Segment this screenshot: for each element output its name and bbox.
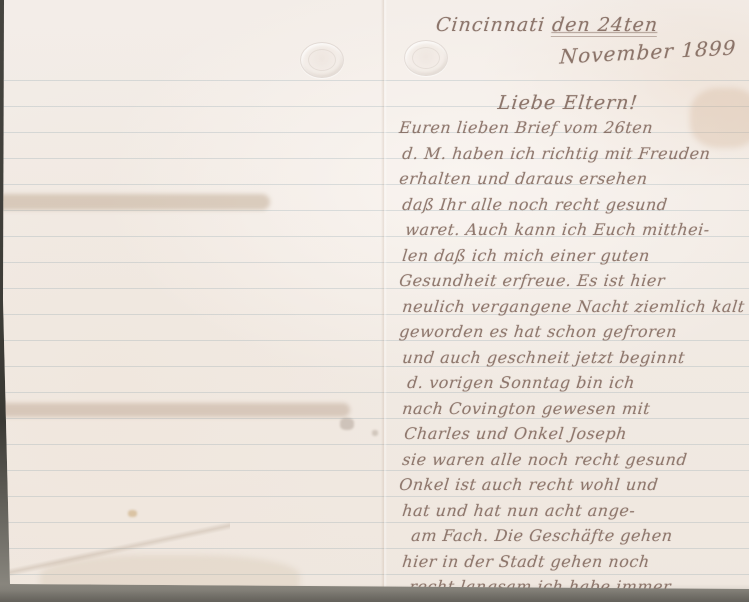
letter-dateline: Cincinnati den 24ten: [435, 14, 659, 36]
embossed-seal-icon: [300, 42, 344, 78]
stain-speck: [340, 418, 354, 430]
letter-line: geworden es hat schon gefroren: [398, 319, 749, 345]
letter-dateline-2: November 1899: [559, 35, 737, 68]
letter-line: recht langsam ich habe immer: [408, 574, 749, 600]
letter-line: len daß ich mich einer guten: [401, 243, 749, 269]
stain-band: [0, 403, 350, 417]
letter-line: waret. Auch kann ich Euch mitthei-: [404, 217, 749, 243]
stain-speck: [372, 430, 378, 436]
letter-line: Euren lieben Brief vom 26ten: [398, 115, 749, 141]
letter-salutation: Liebe Eltern!: [397, 92, 739, 114]
letter-line: d. vorigen Sonntag bin ich: [406, 370, 749, 396]
stain-band: [0, 194, 270, 210]
letter-day: den 24ten: [551, 14, 659, 37]
letter-line: Gesundheit erfreue. Es ist hier: [398, 268, 749, 294]
corner-crease: [0, 520, 230, 580]
letter-paper-sheet: Cincinnati den 24ten November 1899 Liebe…: [0, 0, 749, 602]
letter-place: Cincinnati: [435, 14, 546, 36]
letter-line: Charles und Onkel Joseph: [403, 421, 749, 447]
letter-line: daß Ihr alle noch recht gesund: [401, 192, 749, 218]
letter-line: hat und hat nun acht ange-: [401, 498, 749, 524]
embossed-seal-icon: [404, 40, 448, 76]
letter-line: d. M. haben ich richtig mit Freuden: [401, 141, 749, 167]
letter-line: und auch geschneit jetzt beginnt: [401, 345, 749, 371]
scanned-letter: Cincinnati den 24ten November 1899 Liebe…: [0, 0, 749, 602]
letter-line: erhalten und daraus ersehen: [398, 166, 749, 192]
letter-line: sie waren alle noch recht gesund: [401, 447, 749, 473]
letter-line: hier in der Stadt gehen noch: [401, 549, 749, 575]
letter-line: Onkel ist auch recht wohl und: [398, 472, 749, 498]
letter-line: neulich vergangene Nacht ziemlich kalt: [401, 294, 749, 320]
letter-line: am Fach. Die Geschäfte gehen: [410, 523, 749, 549]
center-fold-crease: [381, 0, 387, 588]
stain-speck: [128, 510, 137, 517]
letter-body: Euren lieben Brief vom 26tend. M. haben …: [398, 115, 746, 600]
letter-line: nach Covington gewesen mit: [401, 396, 749, 422]
